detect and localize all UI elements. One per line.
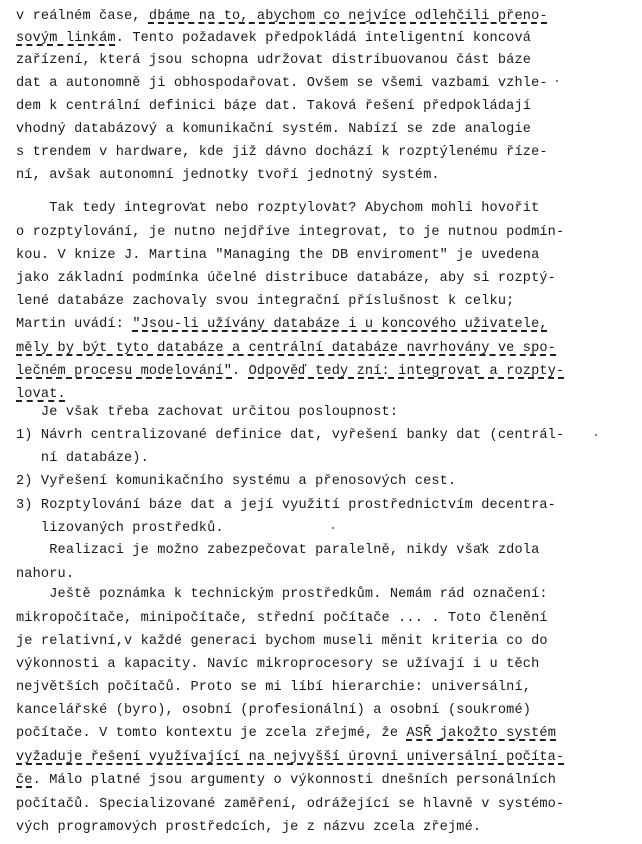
text-line: ní databáze).	[16, 450, 149, 468]
text-line: počítače. V tomto kontextu je zcela zřej…	[16, 725, 556, 743]
text-segment: dem k centrální definici báze dat. Takov…	[16, 99, 531, 114]
text-segment: počítače. V tomto kontextu je zcela zřej…	[16, 726, 406, 741]
text-line: 3) Rozptylování báze dat a její využití …	[16, 497, 556, 515]
text-line: 1) Návrh centralizované definice dat, vy…	[16, 427, 564, 445]
text-line: Ještě poznámka k technickým prostředkům.…	[16, 586, 548, 604]
text-line: výkonnosti a kapacity. Navíc mikroproces…	[16, 656, 539, 674]
underlined-phrase: vyžaduje řešení využívající na nejvyšší …	[16, 750, 564, 765]
scan-speck	[116, 477, 118, 479]
text-segment: . Tento požadavek předpokládá inteligent…	[116, 31, 531, 46]
text-segment: vhodný databázový a komunikační systém. …	[16, 122, 531, 137]
text-line: zařízení, která jsou schopna udržovat di…	[16, 52, 531, 70]
text-segment: zařízení, která jsou schopna udržovat di…	[16, 53, 531, 68]
text-line: počítačů. Specializované zaměření, odráž…	[16, 796, 564, 814]
text-segment: vých programových prostředcích, je z náz…	[16, 820, 481, 835]
text-segment: .	[232, 364, 249, 379]
text-segment: mikropočítače, minipočítače, střední poč…	[16, 611, 548, 626]
text-line: dem k centrální definici báze dat. Takov…	[16, 98, 531, 116]
text-segment: ní, avšak autonomní jednotky tvoří jedno…	[16, 168, 440, 183]
text-segment: Ještě poznámka k technickým prostředkům.…	[16, 587, 548, 602]
underlined-phrase: Odpověď tedy zní: integrovat a rozpty-	[249, 364, 565, 379]
text-segment: lené databáze zachovaly svou integrační …	[16, 294, 514, 309]
text-line: ní, avšak autonomní jednotky tvoří jedno…	[16, 167, 440, 185]
text-line: měly by být tyto databáze a centrální da…	[16, 340, 556, 358]
text-segment: jako základní podmínka účelné distribuce…	[16, 271, 556, 286]
text-line: vhodný databázový a komunikační systém. …	[16, 121, 531, 139]
text-line: největších počítačů. Proto se mi líbí hi…	[16, 679, 531, 697]
scan-speck	[190, 202, 192, 204]
text-segment: 3) Rozptylování báze dat a její využití …	[16, 498, 556, 513]
scan-speck	[556, 80, 558, 82]
text-line: Realizaci je možno zabezpečovat paraleln…	[16, 542, 539, 560]
text-line: Je však třeba zachovat určitou posloupno…	[16, 404, 398, 422]
text-segment: Tak tedy integrovat nebo rozptylovat? Ab…	[16, 201, 539, 216]
text-segment: kou. V knize J. Martina "Managing the DB…	[16, 248, 539, 263]
text-line: o rozptylování, je nutno nejdříve integr…	[16, 224, 564, 242]
underlined-phrase: če	[16, 773, 33, 788]
text-line: vých programových prostředcích, je z náz…	[16, 819, 481, 837]
underlined-phrase: měly by být tyto databáze a centrální da…	[16, 341, 556, 356]
text-line: kou. V knize J. Martina "Managing the DB…	[16, 247, 539, 265]
scan-speck	[480, 544, 482, 546]
underlined-phrase: dbáme na to, abychom co nejvíce odlehčil…	[149, 9, 548, 24]
text-segment: největších počítačů. Proto se mi líbí hi…	[16, 680, 531, 695]
text-segment: s trendem v hardware, kde již dávno doch…	[16, 145, 548, 160]
scan-speck	[333, 202, 335, 204]
text-line: lené databáze zachovaly svou integrační …	[16, 293, 514, 311]
text-segment: nahoru.	[16, 567, 74, 582]
underlined-phrase: "Jsou-li užívány databáze i u koncového …	[132, 317, 547, 332]
text-line: lečném procesu modelování". Odpověď tedy…	[16, 363, 564, 381]
text-line: Tak tedy integrovat nebo rozptylovat? Ab…	[16, 200, 539, 218]
text-line: je relativní,v každé generaci bychom mus…	[16, 633, 548, 651]
text-line: mikropočítače, minipočítače, střední poč…	[16, 610, 548, 628]
underlined-phrase: lovat.	[16, 387, 66, 402]
text-line: s trendem v hardware, kde již dávno doch…	[16, 144, 548, 162]
text-segment: v reálném čase,	[16, 9, 149, 24]
scan-speck	[595, 434, 597, 436]
text-segment: je relativní,v každé generaci bychom mus…	[16, 634, 548, 649]
text-line: lizovaných prostředků.	[16, 520, 224, 538]
underlined-phrase: ASŘ jakožto systém	[406, 726, 556, 741]
text-line: Martin uvádí: "Jsou-li užívány databáze …	[16, 316, 548, 334]
underlined-phrase: lečném procesu modelování"	[16, 364, 232, 379]
text-line: vyžaduje řešení využívající na nejvyšší …	[16, 749, 564, 767]
scan-speck	[332, 527, 334, 529]
text-segment: dat a autonomně ji obhospodařovat. Ovšem…	[16, 76, 548, 91]
text-line: dat a autonomně ji obhospodařovat. Ovšem…	[16, 75, 548, 93]
text-segment: Martin uvádí:	[16, 317, 132, 332]
text-segment: ní databáze).	[16, 451, 149, 466]
text-segment: počítačů. Specializované zaměření, odráž…	[16, 797, 564, 812]
text-segment: Realizaci je možno zabezpečovat paraleln…	[16, 543, 539, 558]
text-line: 2) Vyřešení komunikačního systému a přen…	[16, 473, 456, 491]
text-segment: 2) Vyřešení komunikačního systému a přen…	[16, 474, 456, 489]
text-segment: 1) Návrh centralizované definice dat, vy…	[16, 428, 564, 443]
text-line: jako základní podmínka účelné distribuce…	[16, 270, 556, 288]
text-line: v reálném čase, dbáme na to, abychom co …	[16, 8, 548, 26]
scan-speck	[243, 109, 245, 111]
text-segment: o rozptylování, je nutno nejdříve integr…	[16, 225, 564, 240]
underlined-phrase: sovým linkám	[16, 31, 116, 46]
text-line: lovat.	[16, 386, 66, 404]
text-line: kancelářské (byro), osobní (profesionáln…	[16, 702, 531, 720]
text-segment: . Málo platné jsou argumenty o výkonnost…	[33, 773, 556, 788]
text-segment: kancelářské (byro), osobní (profesionáln…	[16, 703, 531, 718]
typewritten-page: v reálném čase, dbáme na to, abychom co …	[0, 0, 642, 844]
text-segment: výkonnosti a kapacity. Navíc mikroproces…	[16, 657, 539, 672]
text-line: če. Málo platné jsou argumenty o výkonno…	[16, 772, 556, 790]
text-line: sovým linkám. Tento požadavek předpoklád…	[16, 30, 531, 48]
text-segment: lizovaných prostředků.	[16, 521, 224, 536]
text-line: nahoru.	[16, 566, 74, 584]
text-segment: Je však třeba zachovat určitou posloupno…	[16, 405, 398, 420]
